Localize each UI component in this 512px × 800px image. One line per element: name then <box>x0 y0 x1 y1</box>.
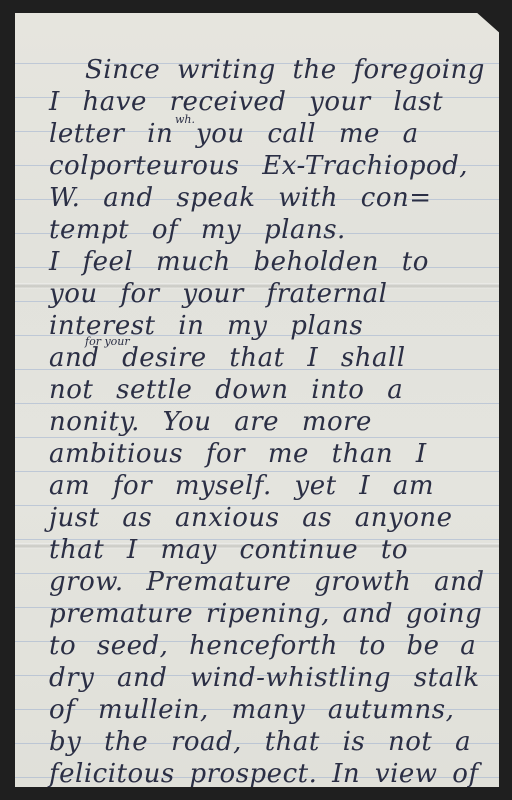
text-line: colporteurous Ex-Trachiopod, <box>49 149 485 183</box>
text-line: of mullein, many autumns, <box>49 693 485 727</box>
text-line: to seed, henceforth to be a <box>49 629 485 663</box>
interlinear-insertion: for your <box>85 335 130 348</box>
text-line: by the road, that is not a <box>49 725 485 759</box>
text-line: nonity. You are more <box>49 405 485 439</box>
text-line: Since writing the foregoing <box>85 53 485 87</box>
text-line: ambitious for me than I <box>49 437 485 471</box>
text-line: that I may continue to <box>49 533 485 567</box>
text-line: W. and speak with con= <box>49 181 485 215</box>
text-line: grow. Premature growth and <box>49 565 485 599</box>
text-line: just as anxious as anyone <box>49 501 485 535</box>
text-line: letter in you call me a <box>49 117 485 151</box>
text-line: am for myself. yet I am <box>49 469 485 503</box>
text-line: I have received your last <box>49 85 485 119</box>
letter-page: Since writing the foregoing I have recei… <box>15 13 499 787</box>
text-line: I feel much beholden to <box>49 245 485 279</box>
text-line: dry and wind-whistling stalk <box>49 661 485 695</box>
text-line: felicitous prospect. In view of <box>49 757 485 791</box>
handwritten-text: Since writing the foregoing I have recei… <box>15 13 499 787</box>
text-line: premature ripening, and going <box>49 597 485 631</box>
text-line: you for your fraternal <box>49 277 485 311</box>
text-line: tempt of my plans. <box>49 213 485 247</box>
interlinear-insertion: wh. <box>175 113 195 126</box>
text-line: not settle down into a <box>49 373 485 407</box>
